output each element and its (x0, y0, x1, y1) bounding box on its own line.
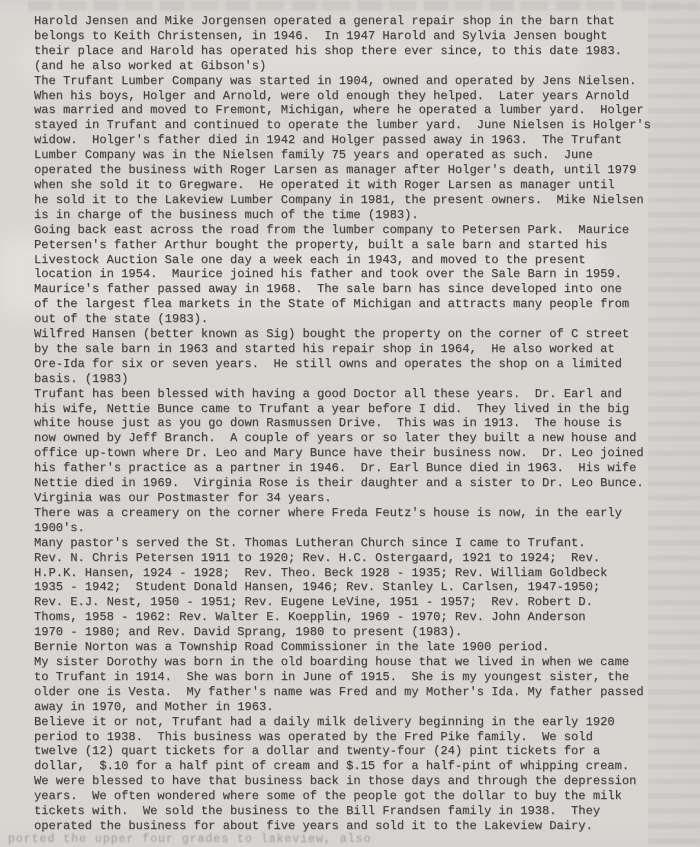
text-line: Many pastor's served the St. Thomas Luth… (34, 536, 694, 551)
text-line: Ore-Ida for six or seven years. He still… (34, 357, 694, 372)
text-line: office up-town where Dr. Leo and Mary Bu… (34, 446, 694, 461)
text-line: their place and Harold has operated his … (34, 44, 694, 59)
text-line: The Trufant Lumber Company was started i… (34, 74, 694, 89)
text-line: basis. (1983) (34, 372, 694, 387)
text-line: away in 1970, and Mother in 1963. (34, 700, 694, 715)
typewritten-text: Harold Jensen and Mike Jorgensen operate… (34, 14, 694, 834)
text-line: My sister Dorothy was born in the old bo… (34, 655, 694, 670)
text-line: When his boys, Holger and Arnold, were o… (34, 89, 694, 104)
text-line: (and he also worked at Gibson's) (34, 59, 694, 74)
text-line: was married and moved to Fremont, Michig… (34, 103, 694, 118)
text-line: he sold it to the Lakeview Lumber Compan… (34, 193, 694, 208)
document-page: Harold Jensen and Mike Jorgensen operate… (0, 0, 700, 847)
text-line: Believe it or not, Trufant had a daily m… (34, 715, 694, 730)
text-line: H.P.K. Hansen, 1924 - 1928; Rev. Theo. B… (34, 566, 694, 581)
text-line: There was a creamery on the corner where… (34, 506, 694, 521)
text-line: stayed in Trufant and continued to opera… (34, 118, 694, 133)
text-line: belongs to Keith Christensen, in 1946. I… (34, 29, 694, 44)
text-line: Wilfred Hansen (better known as Sig) bou… (34, 327, 694, 342)
text-line: 1900's. (34, 521, 694, 536)
text-line: Trufant has been blessed with having a g… (34, 387, 694, 402)
text-line: Going back east across the road from the… (34, 223, 694, 238)
text-line: years. We often wondered where some of t… (34, 789, 694, 804)
text-line: Lumber Company was in the Nielsen family… (34, 148, 694, 163)
text-line: white house just as you go down Rasmusse… (34, 416, 694, 431)
text-line: 1935 - 1942; Student Donald Hansen, 1946… (34, 580, 694, 595)
text-line: 1970 - 1980; and Rev. David Sprang, 1980… (34, 625, 694, 640)
text-line: to Trufant in 1914. She was born in June… (34, 670, 694, 685)
text-line: is in charge of the business much of the… (34, 208, 694, 223)
text-line: Rev. E.J. Nest, 1950 - 1951; Rev. Eugene… (34, 595, 694, 610)
text-line: period to 1938. This business was operat… (34, 730, 694, 745)
text-line: when she sold it to Gregware. He operate… (34, 178, 694, 193)
text-line: location in 1954. Maurice joined his fat… (34, 267, 694, 282)
text-line: of the largest flea markets in the State… (34, 297, 694, 312)
text-line: Maurice's father passed away in 1968. Th… (34, 282, 694, 297)
text-line: Virginia was our Postmaster for 34 years… (34, 491, 694, 506)
text-line: now owned by Jeff Branch. A couple of ye… (34, 431, 694, 446)
text-line: his wife, Nettie Bunce came to Trufant a… (34, 402, 694, 417)
text-line: We were blessed to have that business ba… (34, 774, 694, 789)
text-line: Bernie Norton was a Township Road Commis… (34, 640, 694, 655)
text-line: Nettie died in 1969. Virginia Rose is th… (34, 476, 694, 491)
bleedthrough-bottom-line: ported the upper four grades to lakeview… (8, 833, 371, 846)
text-line: his father's practice as a partner in 19… (34, 461, 694, 476)
text-line: operated the business for about five yea… (34, 819, 694, 834)
text-line: Thoms, 1958 - 1962: Rev. Walter E. Koepp… (34, 610, 694, 625)
text-line: by the sale barn in 1963 and started his… (34, 342, 694, 357)
text-line: out of the state (1983). (34, 312, 694, 327)
text-line: Harold Jensen and Mike Jorgensen operate… (34, 14, 694, 29)
text-line: Rev. N. Chris Petersen 1911 to 1920; Rev… (34, 551, 694, 566)
text-line: tickets with. We sold the business to th… (34, 804, 694, 819)
text-line: twelve (12) quart tickets for a dollar a… (34, 744, 694, 759)
text-line: dollar, $.10 for a half pint of cream an… (34, 759, 694, 774)
text-line: Livestock Auction Sale one day a week ea… (34, 253, 694, 268)
bleedthrough-top-edge (28, 1, 698, 11)
text-line: widow. Holger's father died in 1942 and … (34, 133, 694, 148)
text-line: older one is Vesta. My father's name was… (34, 685, 694, 700)
text-line: operated the business with Roger Larsen … (34, 163, 694, 178)
text-line: Petersen's father Arthur bought the prop… (34, 238, 694, 253)
